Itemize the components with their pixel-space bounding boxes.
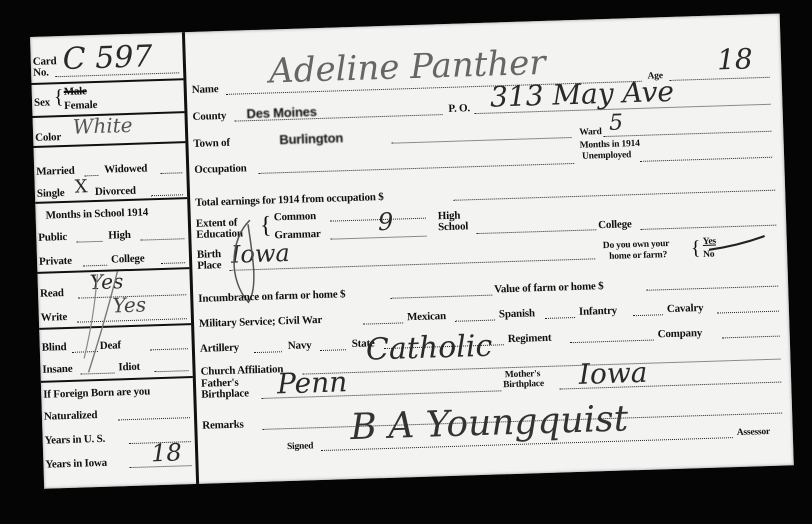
incumbrance-label: Incumbrance on farm or home $ — [198, 288, 345, 305]
earnings-label: Total earnings for 1914 from occupation … — [195, 191, 384, 209]
father-value: Penn — [277, 365, 348, 400]
school-section: Months in School 1914 Public High Privat… — [35, 199, 189, 274]
naturalized-label: Naturalized — [44, 409, 98, 423]
left-panel: Card No. C 597 Sex { Male Female Color W… — [30, 32, 199, 489]
civil-war-line — [363, 322, 403, 324]
birth-label-2: Place — [197, 259, 221, 272]
company-line — [722, 336, 780, 339]
infantry-label: Infantry — [579, 305, 617, 318]
spanish-line — [545, 317, 575, 319]
color-section: Color White — [33, 113, 186, 148]
naturalized-line — [118, 417, 190, 420]
deaf-line — [150, 348, 188, 350]
foreign-born-title: If Foreign Born are you — [43, 385, 150, 400]
high-school-line — [476, 229, 596, 234]
color-value: White — [72, 113, 132, 139]
po-value: 313 May Ave — [490, 75, 675, 114]
church-value: Catholic — [365, 329, 492, 368]
town-value: Burlington — [279, 130, 343, 147]
foreign-born-section: If Foreign Born are you Naturalized Year… — [41, 378, 196, 489]
age-value: 18 — [717, 42, 754, 76]
town-label: Town of — [193, 137, 230, 150]
church-label: Church Affiliation — [200, 363, 283, 378]
sex-section: Sex { Male Female — [32, 80, 185, 118]
own-home-brace: { — [691, 238, 701, 258]
value-label: Value of farm or home $ — [494, 280, 604, 295]
ward-line — [603, 131, 771, 137]
widowed-line — [160, 172, 182, 174]
sex-male-option: Male — [64, 85, 87, 98]
value-line — [646, 286, 778, 291]
ward-value: 5 — [609, 110, 624, 135]
military-label: Military Service; Civil War — [199, 314, 322, 330]
common-label: Common — [274, 210, 317, 223]
town-line — [391, 137, 571, 144]
months-school-title: Months in School 1914 — [45, 206, 148, 221]
regiment-line — [570, 340, 654, 344]
artillery-line — [254, 351, 282, 353]
grammar-value: 9 — [378, 208, 394, 236]
regiment-label: Regiment — [508, 332, 552, 345]
spanish-label: Spanish — [499, 307, 535, 320]
navy-line — [320, 349, 346, 351]
cavalry-label: Cavalry — [667, 302, 704, 315]
months-unemployed-label-1: Months in 1914 — [580, 139, 640, 151]
name-label: Name — [192, 83, 219, 96]
own-home-label-1: Do you own your — [603, 239, 670, 251]
college-label-main: College — [598, 218, 632, 231]
age-line — [670, 77, 770, 81]
signed-value: B A Youngquist — [350, 398, 629, 448]
private-line — [83, 265, 107, 267]
incumbrance-line — [390, 295, 492, 299]
artillery-label: Artillery — [200, 342, 239, 355]
color-label: Color — [35, 131, 61, 144]
own-home-label-2: home or farm? — [609, 250, 667, 262]
years-iowa-label: Years in Iowa — [45, 457, 107, 471]
navy-label: Navy — [288, 339, 312, 352]
remarks-label: Remarks — [202, 418, 244, 431]
mexican-line — [455, 320, 495, 322]
disability-section: Blind Deaf Insane Idiot — [39, 325, 193, 383]
card-no-value: C 597 — [62, 39, 153, 77]
married-label: Married — [36, 165, 75, 178]
unemployed-line — [640, 157, 772, 162]
sex-brace: { — [54, 87, 64, 107]
cavalry-line — [717, 311, 779, 314]
card-no-label: Card No. — [33, 56, 58, 79]
sex-female-option: Female — [64, 99, 97, 112]
census-card: Card No. C 597 Sex { Male Female Color W… — [30, 13, 794, 488]
high-label: High — [108, 229, 131, 242]
years-iowa-value: 18 — [151, 438, 182, 467]
high-school-label-2: School — [438, 220, 468, 233]
mother-label-2: Birthplace — [503, 379, 544, 390]
occupation-line — [258, 163, 574, 174]
strike-through-mark — [67, 267, 140, 379]
infantry-line — [633, 314, 663, 316]
company-label: Company — [657, 327, 702, 340]
years-us-label: Years in U. S. — [45, 433, 106, 447]
mexican-label: Mexican — [407, 310, 446, 323]
high-line — [140, 238, 184, 240]
occupation-label: Occupation — [194, 162, 247, 176]
divorced-line — [151, 194, 183, 196]
college-line-main — [640, 225, 776, 230]
private-label: Private — [39, 255, 72, 268]
county-label: County — [192, 110, 226, 123]
grammar-line — [330, 236, 426, 240]
widowed-label: Widowed — [104, 162, 147, 175]
read-label: Read — [40, 287, 64, 300]
months-unemployed-label-2: Unemployed — [582, 150, 631, 162]
assessor-label: Assessor — [737, 427, 771, 438]
signed-label: Signed — [287, 441, 314, 452]
card-no-section: Card No. C 597 — [30, 32, 183, 85]
college-label: College — [111, 253, 145, 266]
public-line — [76, 241, 102, 243]
marital-section: Married Widowed Single X Divorced — [33, 143, 187, 204]
main-panel: Name Adeline Panther Age 18 County Des M… — [188, 13, 794, 483]
mother-value: Iowa — [578, 356, 648, 391]
write-label: Write — [41, 311, 68, 324]
single-label: Single — [37, 187, 65, 200]
public-label: Public — [38, 231, 67, 244]
sex-label: Sex — [34, 96, 50, 108]
divorced-label: Divorced — [95, 185, 136, 198]
father-label-2: Birthplace — [201, 387, 249, 400]
single-mark: X — [74, 176, 87, 197]
college-line — [161, 262, 185, 264]
po-label: P. O. — [448, 102, 470, 115]
insane-label: Insane — [42, 363, 72, 376]
yes-check-mark — [707, 234, 768, 256]
ward-label: Ward — [579, 127, 602, 138]
county-value: Des Moines — [246, 104, 317, 121]
earnings-line — [453, 190, 775, 201]
idiot-line — [155, 370, 189, 372]
blind-label: Blind — [42, 341, 67, 354]
